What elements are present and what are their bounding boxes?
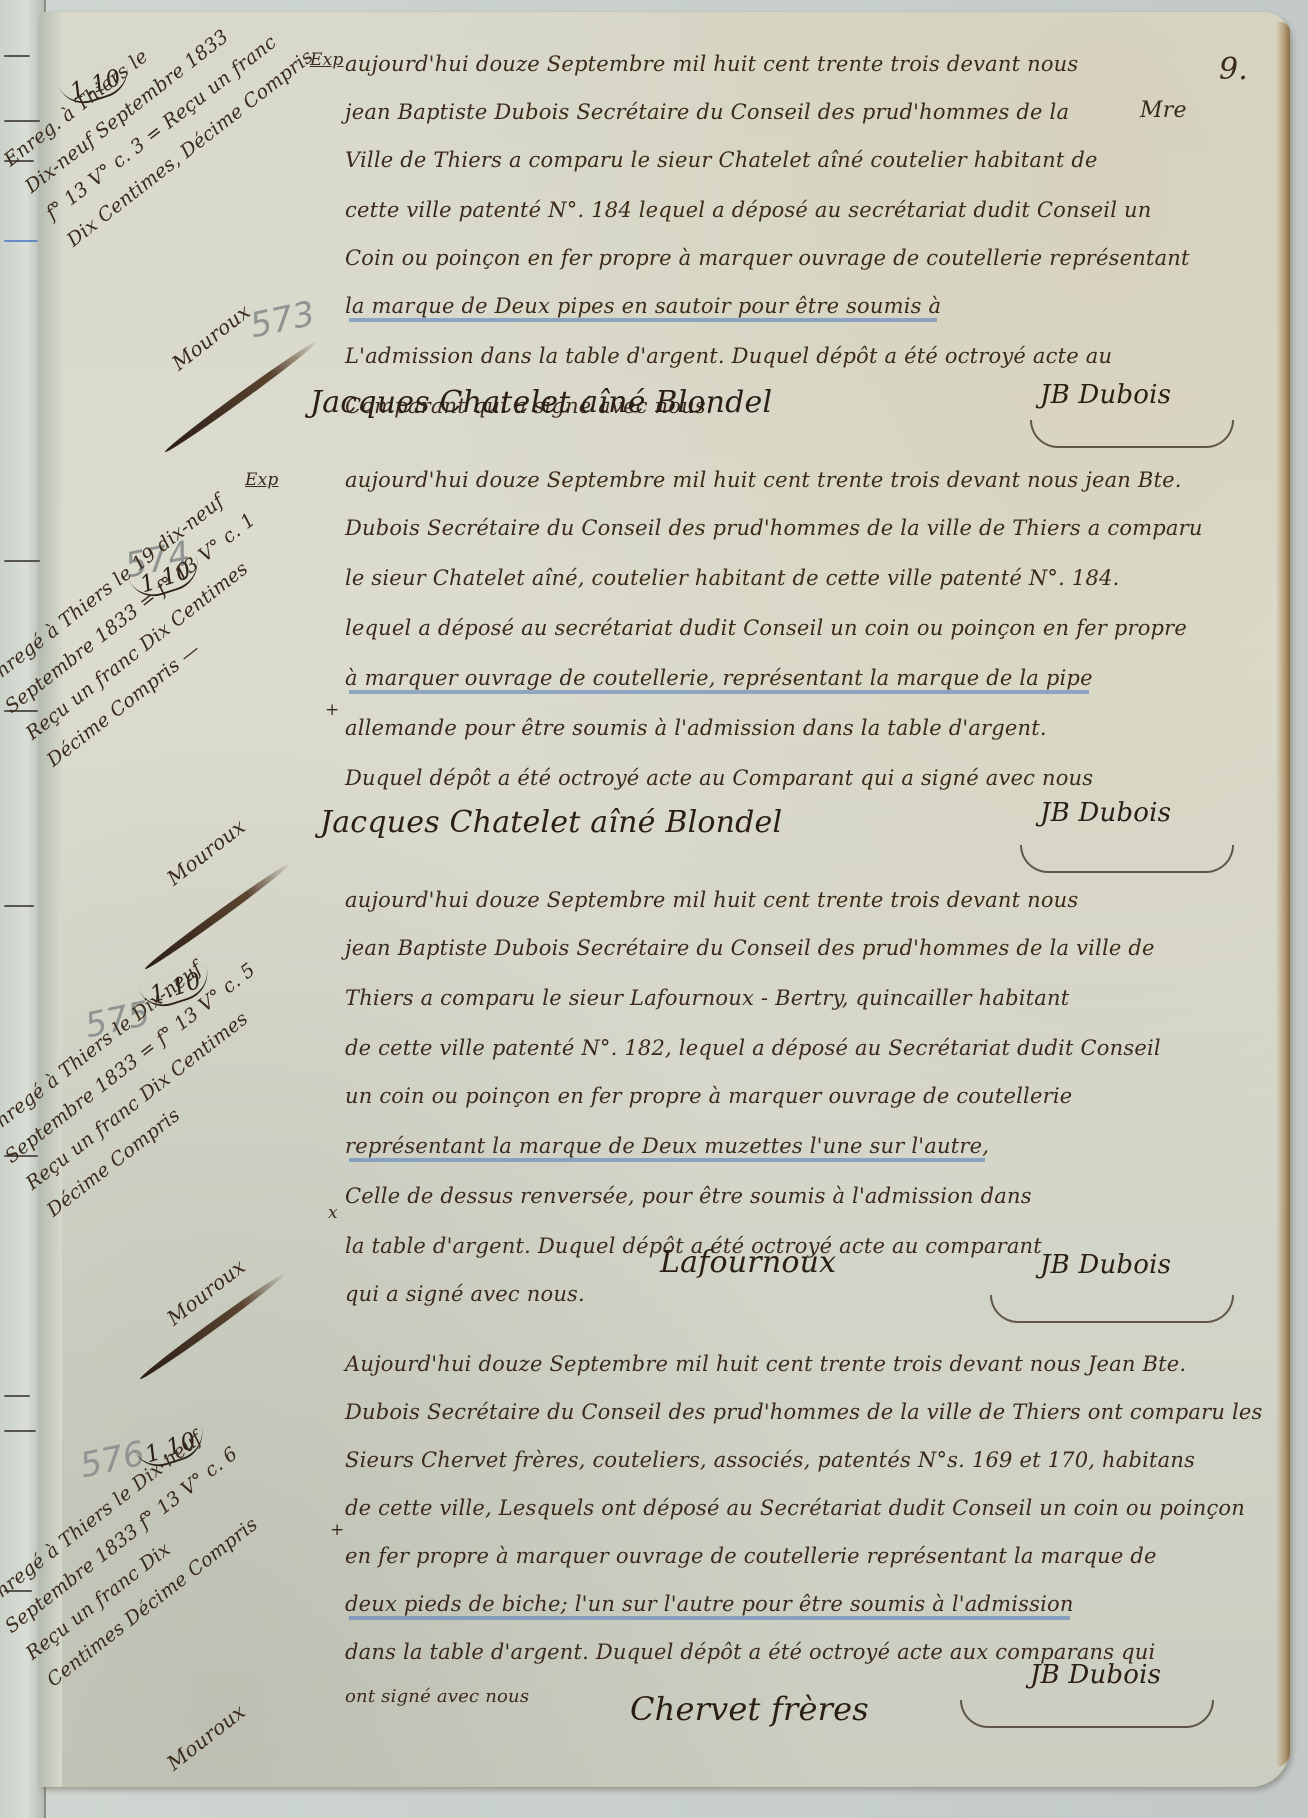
text-line: Coin ou poinçon en fer propre à marquer … bbox=[345, 246, 1190, 270]
text-line: aujourd'hui douze Septembre mil huit cen… bbox=[345, 52, 1078, 76]
insertion-mark: + bbox=[330, 1520, 344, 1540]
text-line: aujourd'hui douze Septembre mil huit cen… bbox=[345, 468, 1182, 492]
ink-fragment bbox=[4, 1395, 30, 1397]
signature-depositor: Jacques Chatelet aîné Blondel bbox=[310, 385, 772, 420]
text-line: Celle de dessus renversée, pour être sou… bbox=[345, 1184, 1032, 1208]
signature-flourish bbox=[1030, 420, 1234, 448]
text-line: Aujourd'hui douze Septembre mil huit cen… bbox=[345, 1352, 1186, 1376]
text-line-highlighted: la marque de Deux pipes en sautoir pour … bbox=[345, 294, 941, 318]
text-line: lequel a déposé au secrétariat dudit Con… bbox=[345, 616, 1187, 640]
page-gutter bbox=[40, 12, 62, 1787]
text-line-highlighted: deux pieds de biche; l'un sur l'autre po… bbox=[345, 1592, 1074, 1616]
expedition-mark: Exp bbox=[245, 470, 278, 490]
ink-fragment bbox=[4, 55, 30, 57]
text-line: Dubois Secrétaire du Conseil des prud'ho… bbox=[345, 1400, 1263, 1424]
text-line: qui a signé avec nous. bbox=[345, 1282, 585, 1306]
text-line: Sieurs Chervet frères, couteliers, assoc… bbox=[345, 1448, 1195, 1472]
signature-flourish bbox=[960, 1700, 1214, 1728]
text-line: cette ville patenté N°. 184 lequel a dép… bbox=[345, 198, 1151, 222]
signature-flourish bbox=[1020, 845, 1234, 873]
text-line: de cette ville, Lesquels ont déposé au S… bbox=[345, 1496, 1245, 1520]
insertion-mark: + bbox=[325, 700, 339, 720]
signature-depositor: Chervet frères bbox=[630, 1690, 869, 1728]
insertion-mark: x bbox=[328, 1203, 338, 1223]
text-line: le sieur Chatelet aîné, coutelier habita… bbox=[345, 566, 1119, 590]
signature-secretary: JB Dubois bbox=[1040, 798, 1171, 828]
ink-fragment bbox=[4, 1430, 36, 1432]
blue-pencil-fragment bbox=[4, 240, 38, 242]
page-number: 9. bbox=[1219, 52, 1248, 87]
text-line: Duquel dépôt a été octroyé acte au Compa… bbox=[345, 766, 1093, 790]
text-line: ont signé avec nous bbox=[345, 1686, 529, 1707]
signature-flourish bbox=[990, 1295, 1234, 1323]
text-line-highlighted: à marquer ouvrage de coutellerie, représ… bbox=[345, 666, 1093, 690]
signature-secretary: JB Dubois bbox=[1040, 1250, 1171, 1280]
text-line: allemande pour être soumis à l'admission… bbox=[345, 716, 1047, 740]
text-line: Thiers a comparu le sieur Lafournoux - B… bbox=[345, 986, 1069, 1010]
ink-fragment bbox=[4, 905, 34, 907]
text-line: jean Baptiste Dubois Secrétaire du Conse… bbox=[345, 100, 1069, 124]
signature-depositor: Lafournoux bbox=[660, 1245, 836, 1280]
text-line: jean Baptiste Dubois Secrétaire du Conse… bbox=[345, 936, 1155, 960]
text-line-highlighted: représentant la marque de Deux muzettes … bbox=[345, 1134, 989, 1158]
ink-fragment bbox=[4, 560, 40, 562]
text-line: Dubois Secrétaire du Conseil des prud'ho… bbox=[345, 516, 1203, 540]
page-edge bbox=[1276, 22, 1290, 1767]
signature-secretary: JB Dubois bbox=[1040, 380, 1171, 410]
text-line: Ville de Thiers a comparu le sieur Chate… bbox=[345, 148, 1098, 172]
corner-annotation: Mre bbox=[1140, 98, 1187, 123]
text-line: L'admission dans la table d'argent. Duqu… bbox=[345, 344, 1112, 368]
text-line: un coin ou poinçon en fer propre à marqu… bbox=[345, 1084, 1072, 1108]
signature-secretary: JB Dubois bbox=[1030, 1660, 1161, 1690]
text-line: aujourd'hui douze Septembre mil huit cen… bbox=[345, 888, 1078, 912]
signature-depositor: Jacques Chatelet aîné Blondel bbox=[320, 805, 782, 840]
text-line: en fer propre à marquer ouvrage de coute… bbox=[345, 1544, 1157, 1568]
text-line: de cette ville patenté N°. 182, lequel a… bbox=[345, 1036, 1161, 1060]
